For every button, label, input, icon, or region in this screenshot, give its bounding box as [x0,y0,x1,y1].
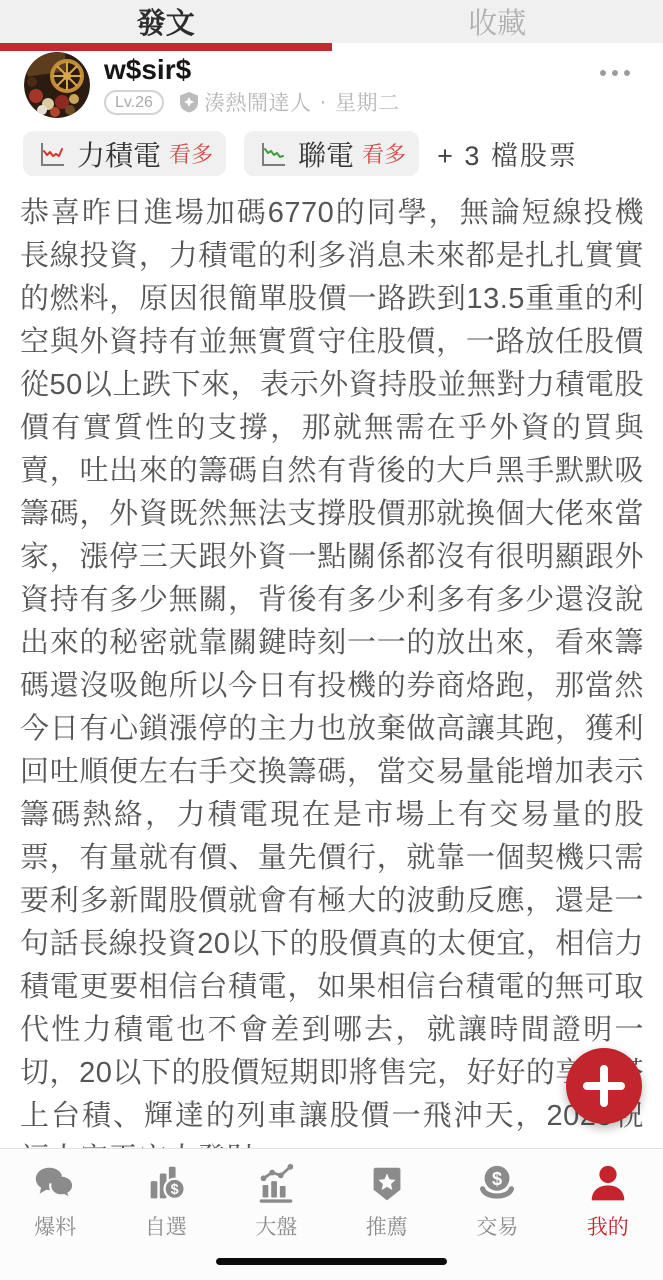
username[interactable]: w$sir$ [104,54,191,86]
svg-text:$: $ [170,1182,178,1198]
user-meta-row: Lv.26 湊熱鬧達人 · 星期二 [104,90,399,114]
tab-posts[interactable]: 發文 [0,0,332,43]
more-options-button[interactable] [594,64,636,82]
chat-bubbles-icon [32,1162,78,1208]
bars-coin-icon: $ [143,1162,189,1208]
avatar-image [24,52,90,118]
nav-item-trade[interactable]: $ 交易 [442,1149,553,1280]
market-chart-icon [253,1162,299,1208]
post-body-text: 恭喜昨日進場加碼6770的同學，無論短線投機長線投資，力積電的利多消息未來都是扎… [20,192,644,1181]
dot-icon [600,70,606,76]
tab-favorites-label: 收藏 [468,1,526,42]
dot-icon [624,70,630,76]
dot-icon [612,70,618,76]
stock-name: 聯電 [298,134,354,174]
sentiment-label: 看多 [362,138,406,169]
app-screen: 發文 收藏 [0,0,663,1280]
nav-label: 交易 [476,1211,518,1241]
nav-label: 自選 [145,1211,187,1241]
trend-up-chart-icon [36,138,68,170]
level-badge: Lv.26 [104,90,164,115]
tab-posts-label: 發文 [137,1,195,42]
nav-item-mine[interactable]: 我的 [553,1149,663,1280]
home-indicator[interactable] [216,1258,447,1265]
nav-item-news[interactable]: 爆料 [0,1149,111,1280]
stock-tag-powerchip[interactable]: 力積電 看多 [23,131,226,176]
user-title: 湊熱鬧達人 [204,87,312,117]
stock-tag-umc[interactable]: 聯電 看多 [244,131,419,176]
badge-star-icon [364,1162,410,1208]
stock-name: 力積電 [77,134,161,174]
nav-label: 大盤 [255,1211,297,1241]
active-tab-underline [0,43,332,51]
stock-tags-row: 力積電 看多 聯電 看多 + 3 檔股票 [23,131,578,176]
more-stocks-label[interactable]: + 3 檔股票 [437,134,578,173]
shield-badge-icon [178,91,200,113]
nav-label: 我的 [587,1211,629,1241]
meta-separator: · [319,90,327,114]
nav-item-watchlist[interactable]: $ 自選 [111,1149,222,1280]
avatar[interactable] [24,52,90,118]
coin-trade-icon: $ [474,1162,520,1208]
svg-text:$: $ [492,1169,502,1189]
compose-fab-button[interactable] [566,1048,642,1124]
tab-favorites[interactable]: 收藏 [332,0,663,43]
post-time: 星期二 [335,87,400,117]
person-icon [585,1162,631,1208]
nav-label: 推薦 [366,1211,408,1241]
sentiment-label: 看多 [169,138,213,169]
nav-label: 爆料 [34,1211,76,1241]
trend-down-chart-icon [257,138,289,170]
plus-icon [583,1065,625,1107]
top-tab-bar: 發文 收藏 [0,0,663,43]
